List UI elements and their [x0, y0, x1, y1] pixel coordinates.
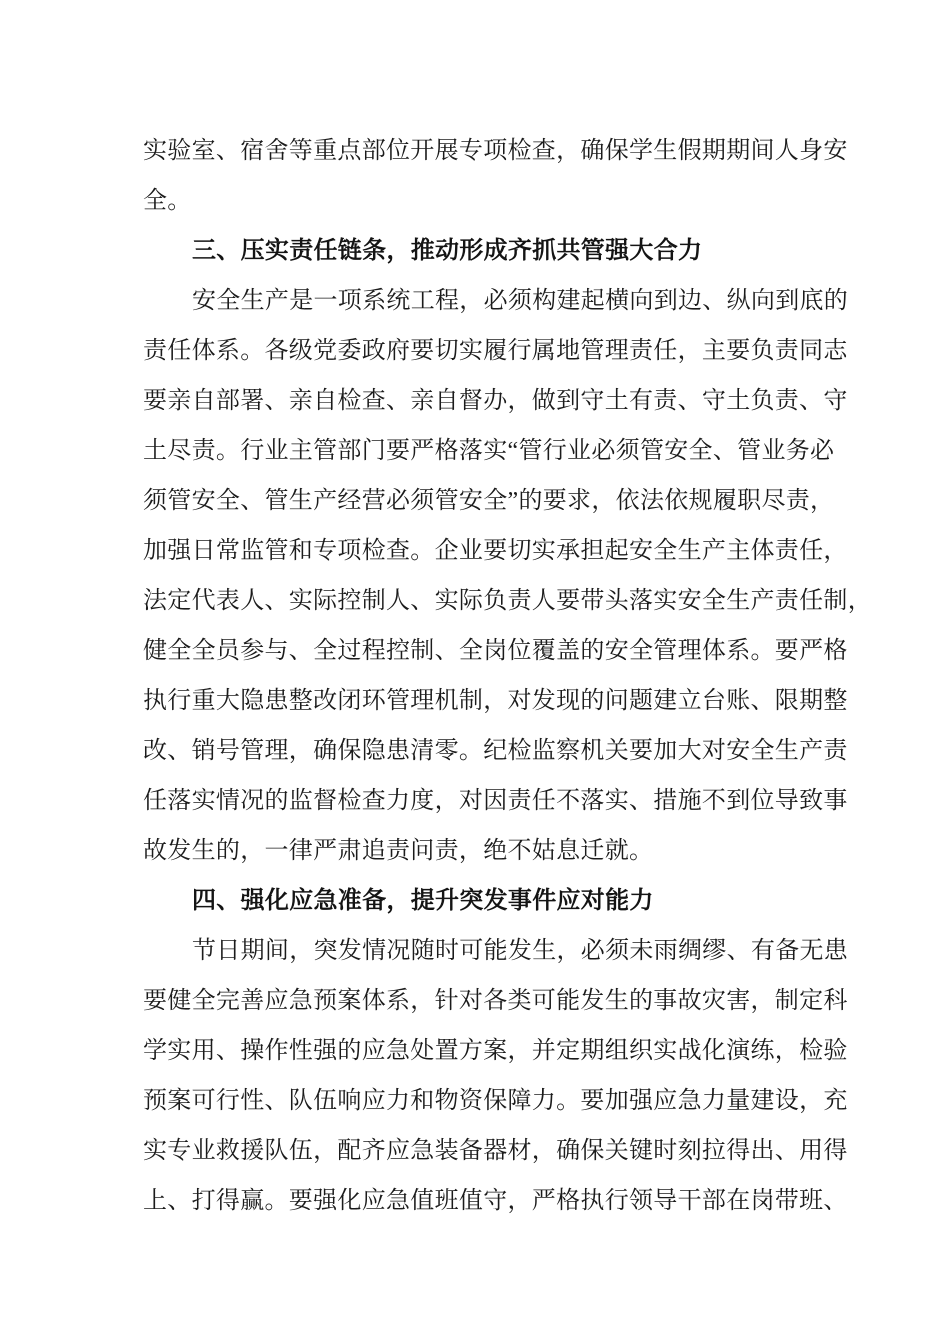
text-line: 健全全员参与、全过程控制、全岗位覆盖的安全管理体系。要严格	[143, 626, 857, 676]
text-line: 安全生产是一项系统工程，必须构建起横向到边、纵向到底的	[143, 276, 857, 326]
text-line: 加强日常监管和专项检查。企业要切实承担起安全生产主体责任，	[143, 526, 857, 576]
text-line: 土尽责。行业主管部门要严格落实“管行业必须管安全、管业务必	[143, 426, 857, 476]
document-page: 实验室、宿舍等重点部位开展专项检查，确保学生假期期间人身安 全。 三、压实责任链…	[0, 0, 950, 1344]
text-line: 实验室、宿舍等重点部位开展专项检查，确保学生假期期间人身安	[143, 126, 857, 176]
text-line: 任落实情况的监督检查力度，对因责任不落实、措施不到位导致事	[143, 776, 857, 826]
document-text-block: 实验室、宿舍等重点部位开展专项检查，确保学生假期期间人身安 全。 三、压实责任链…	[143, 126, 857, 1226]
text-line: 改、销号管理，确保隐患清零。纪检监察机关要加大对安全生产责	[143, 726, 857, 776]
text-line: 全。	[143, 176, 857, 226]
text-line: 上、打得赢。要强化应急值班值守，严格执行领导干部在岗带班、	[143, 1176, 857, 1226]
text-line: 法定代表人、实际控制人、实际负责人要带头落实安全生产责任制，	[143, 576, 857, 626]
text-line: 要健全完善应急预案体系，针对各类可能发生的事故灾害，制定科	[143, 976, 857, 1026]
text-line: 学实用、操作性强的应急处置方案，并定期组织实战化演练，检验	[143, 1026, 857, 1076]
text-line: 须管安全、管生产经营必须管安全”的要求，依法依规履职尽责，	[143, 476, 857, 526]
text-line: 实专业救援队伍，配齐应急装备器材，确保关键时刻拉得出、用得	[143, 1126, 857, 1176]
text-line: 故发生的，一律严肃追责问责，绝不姑息迁就。	[143, 826, 857, 876]
text-line: 执行重大隐患整改闭环管理机制，对发现的问题建立台账、限期整	[143, 676, 857, 726]
section-heading-4: 四、强化应急准备，提升突发事件应对能力	[143, 876, 857, 926]
text-line: 预案可行性、队伍响应力和物资保障力。要加强应急力量建设，充	[143, 1076, 857, 1126]
text-line: 要亲自部署、亲自检查、亲自督办，做到守土有责、守土负责、守	[143, 376, 857, 426]
text-line: 责任体系。各级党委政府要切实履行属地管理责任，主要负责同志	[143, 326, 857, 376]
section-heading-3: 三、压实责任链条，推动形成齐抓共管强大合力	[143, 226, 857, 276]
text-line: 节日期间，突发情况随时可能发生，必须未雨绸缪、有备无患	[143, 926, 857, 976]
